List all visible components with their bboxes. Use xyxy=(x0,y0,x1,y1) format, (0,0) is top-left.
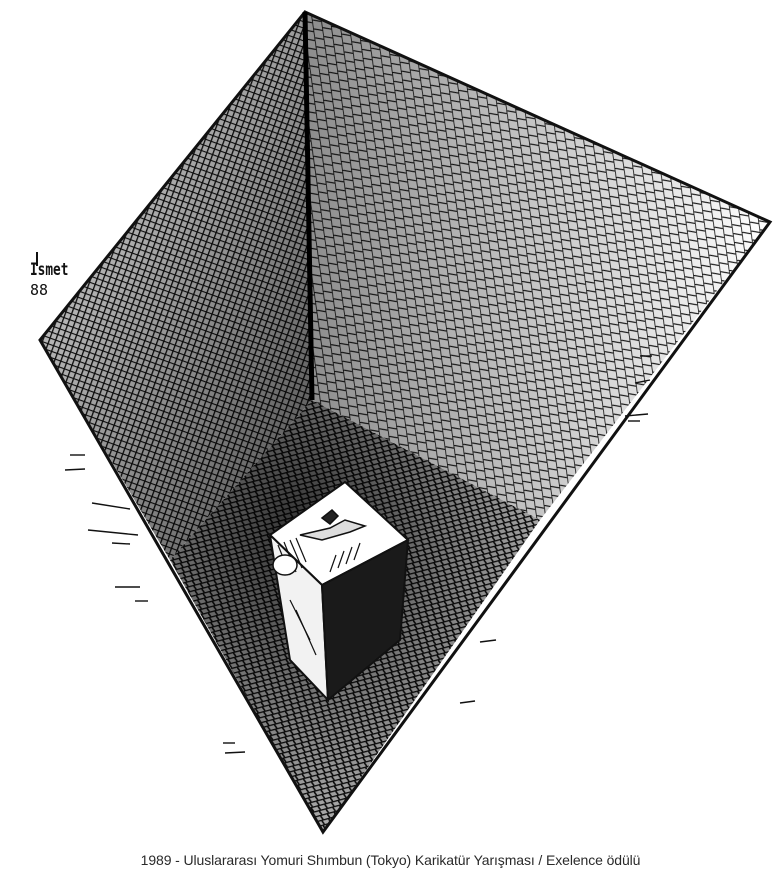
cartoon-illustration xyxy=(0,0,781,888)
caption: 1989 - Uluslararası Yomuri Shımbun (Toky… xyxy=(0,852,781,868)
artist-signature: Ismet 88 xyxy=(30,262,81,298)
signature-name: Ismet xyxy=(30,262,68,279)
signature-year: 88 xyxy=(30,283,81,298)
